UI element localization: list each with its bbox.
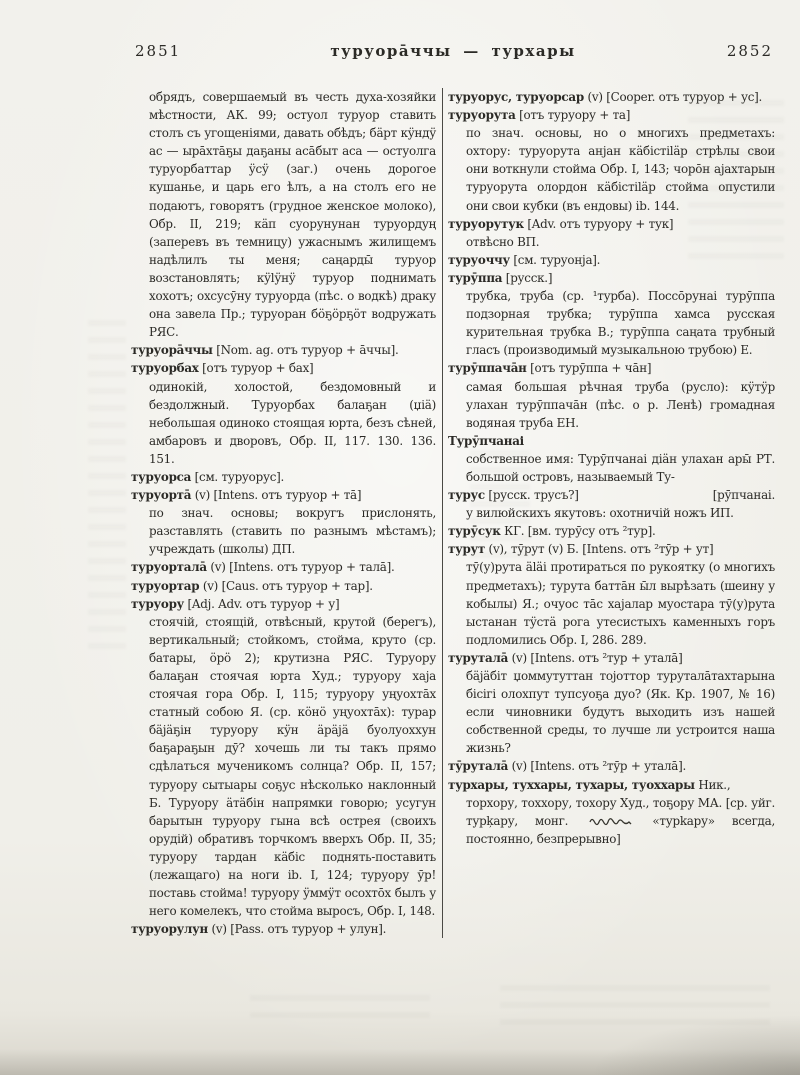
headword: турхары, туххары, тухары, туоххары xyxy=(448,778,695,792)
headword: туруорбах xyxy=(131,361,199,375)
headword: туруортā xyxy=(131,488,191,502)
headword: турӯппа xyxy=(448,271,502,285)
scan-corner-shadow xyxy=(590,1015,800,1075)
dictionary-entry: туруорса [см. туруорус]. xyxy=(131,468,436,486)
headword-tail: [русск.] xyxy=(502,271,552,285)
dictionary-entry: туруортар (v) [Caus. отъ туруор + тар]. xyxy=(131,577,436,595)
dictionary-entry: турут (v), тӯрут (v) Б. [Intens. отъ ²тӯ… xyxy=(448,540,775,649)
headword: тӯруталā xyxy=(448,759,508,773)
headword: туруортар xyxy=(131,579,199,593)
headword-tail: (v) [Intens. отъ ²тур + уталā] xyxy=(508,651,682,665)
dictionary-entry: туруорулун (v) [Pass. отъ туруор + улун]… xyxy=(131,920,436,938)
page-header: 2851 туруорāччы — турхары 2852 xyxy=(131,42,775,64)
headword: туруоччу xyxy=(448,253,510,267)
bleedthrough-smudge xyxy=(250,995,430,1021)
dictionary-entry: туруорталā (v) [Intens. отъ туруор + тал… xyxy=(131,558,436,576)
entry-body: трубка, труба (ср. ¹турба). Поссōрунаі т… xyxy=(466,287,775,359)
headword: туруорталā xyxy=(131,560,207,574)
entry-body: по знач. основы; вокругъ прислонять, раз… xyxy=(149,504,436,558)
entry-body: стоячій, стоящій, отвѣсный, крутой (бере… xyxy=(149,613,436,921)
headword-tail: [Nom. ag. отъ туруор + āччы]. xyxy=(213,343,399,357)
headword: турут xyxy=(448,542,485,556)
headword-tail: [Adv. отъ туруору + тук] xyxy=(524,217,673,231)
bleedthrough-smudge xyxy=(88,320,126,650)
headword-tail: [см. туруорус]. xyxy=(191,470,284,484)
entry-body: одинокій, холостой, бездомовный и бездол… xyxy=(149,378,436,468)
catchword-note: [рӯпчанаі. xyxy=(707,486,775,504)
dictionary-entry: туруоччу [см. туруонjа]. xyxy=(448,251,775,269)
headword: турӯппачāн xyxy=(448,361,527,375)
dictionary-entry: [рӯпчанаі.турус [русск. трусъ?]у вилюйск… xyxy=(448,486,775,522)
headword-tail: [Adj. Adv. отъ туруор + у] xyxy=(184,597,339,611)
headword-tail: (v) [Intens. отъ туруор + талā]. xyxy=(207,560,395,574)
dictionary-entry: туруорутук [Adv. отъ туруору + тук]отвѣс… xyxy=(448,215,775,251)
headword: туруорутук xyxy=(448,217,524,231)
entry-body: обрядъ, совершаемый въ честь духа-хозяйк… xyxy=(149,88,436,341)
dictionary-entry: турӯппа [русск.]трубка, труба (ср. ¹турб… xyxy=(448,269,775,359)
entry-body: бӓjӓбіт џоммутуттан тоjоттор туруталāтах… xyxy=(466,667,775,757)
headword: туруору xyxy=(131,597,184,611)
entry-body: торхору, тоххору, тохору Худ., тоҕору МА… xyxy=(466,794,775,848)
entry-body: у вилюйскихъ якутовъ: охотничій ножъ ИП. xyxy=(466,504,775,522)
mongolian-script-word xyxy=(588,815,632,827)
entry-body: собственное имя: Турӯпчанаі діӓн улахан … xyxy=(466,450,775,486)
dictionary-page-scan: 2851 туруорāччы — турхары 2852 обрядъ, с… xyxy=(0,0,800,1075)
headword-tail: (v) [Caus. отъ туруор + тар]. xyxy=(199,579,372,593)
headword-tail: [русск. трусъ?] xyxy=(485,488,579,502)
dictionary-entry: турӯсук КГ. [вм. турӯсу отъ ²тур]. xyxy=(448,522,775,540)
right-page-number: 2852 xyxy=(727,42,773,60)
headword: туруорулун xyxy=(131,922,208,936)
left-column: обрядъ, совершаемый въ честь духа-хозяйк… xyxy=(131,88,436,938)
dictionary-entry: Турӯпчанаісобственное имя: Турӯпчанаі ді… xyxy=(448,432,775,486)
headword: туруорса xyxy=(131,470,191,484)
dictionary-entry: туруорбах [отъ туруор + бах]одинокій, хо… xyxy=(131,359,436,468)
dictionary-entry: туруору [Adj. Adv. отъ туруор + у]стоячі… xyxy=(131,595,436,921)
headword: туруталā xyxy=(448,651,508,665)
headword-tail: (v) [Pass. отъ туруор + улун]. xyxy=(208,922,386,936)
guide-words: туруорāччы — турхары xyxy=(131,42,775,60)
entry-body: самая большая рѣчная труба (русло): кӱтӱ… xyxy=(466,378,775,432)
text-block: обрядъ, совершаемый въ честь духа-хозяйк… xyxy=(131,88,775,938)
dictionary-entry: турхары, туххары, тухары, туоххары Ник.,… xyxy=(448,776,775,848)
entry-body: по знач. основы, но о многихъ предметахъ… xyxy=(466,124,775,214)
dictionary-entry: туруталā (v) [Intens. отъ ²тур + уталā]б… xyxy=(448,649,775,758)
headword: Турӯпчанаі xyxy=(448,434,524,448)
headword-tail: [отъ туруору + та] xyxy=(516,108,631,122)
dictionary-entry: турӯппачāн [отъ турӯппа + чāн]самая боль… xyxy=(448,359,775,431)
headword-tail: [отъ туруор + бах] xyxy=(199,361,314,375)
headword-tail: (v) [Cooper. отъ туруор + ус]. xyxy=(584,90,762,104)
headword-tail: [см. туруонjа]. xyxy=(510,253,600,267)
headword: турус xyxy=(448,488,485,502)
headword-tail: (v) [Intens. отъ ²тӯр + уталā]. xyxy=(508,759,686,773)
dictionary-entry: туруорāччы [Nom. ag. отъ туруор + āччы]. xyxy=(131,341,436,359)
dictionary-entry: туруорута [отъ туруору + та]по знач. осн… xyxy=(448,106,775,215)
headword: туруорус, туруорсар xyxy=(448,90,584,104)
column-divider-rule xyxy=(436,88,448,938)
headword-tail: Ник., xyxy=(695,778,731,792)
headword: туруорута xyxy=(448,108,516,122)
headword: туруорāччы xyxy=(131,343,213,357)
headword-tail: (v), тӯрут (v) Б. [Intens. отъ ²тӯр + ут… xyxy=(485,542,713,556)
right-column: туруорус, туруорсар (v) [Cooper. отъ тур… xyxy=(448,88,775,938)
entry-body: отвѣсно ВП. xyxy=(466,233,775,251)
headword-tail: КГ. [вм. турӯсу отъ ²тур]. xyxy=(501,524,656,538)
dictionary-entry: тӯруталā (v) [Intens. отъ ²тӯр + уталā]. xyxy=(448,757,775,775)
headword: турӯсук xyxy=(448,524,501,538)
headword-tail: (v) [Intens. отъ туруор + тā] xyxy=(191,488,361,502)
dictionary-entry: туруорус, туруорсар (v) [Cooper. отъ тур… xyxy=(448,88,775,106)
dictionary-entry: обрядъ, совершаемый въ честь духа-хозяйк… xyxy=(131,88,436,341)
dictionary-entry: туруортā (v) [Intens. отъ туруор + тā]по… xyxy=(131,486,436,558)
headword-tail: [отъ турӯппа + чāн] xyxy=(527,361,652,375)
entry-body: тӯ(у)рута ӓlӓi протираться по рукоятку (… xyxy=(466,558,775,648)
